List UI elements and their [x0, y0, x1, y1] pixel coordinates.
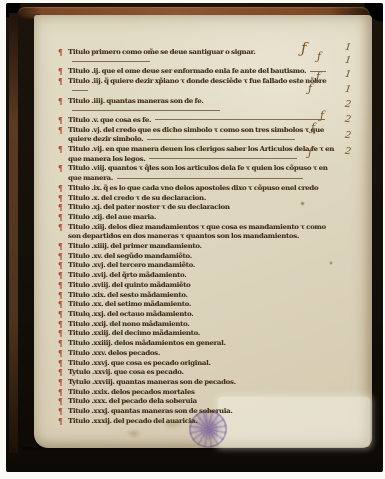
toc-entry: ¶Titulo .xj. del pater noster τ de su de… — [58, 203, 336, 213]
toc-entry: ¶Titulo .xxix. delos pecados mortales — [58, 388, 336, 398]
toc-entry-text: Titulo .xj. del pater noster τ de su dec… — [68, 203, 336, 213]
toc-entry-text: Titulo .iij. q̃ quiere dezir xp̃iano τ d… — [68, 77, 336, 96]
toc-entry-text: Titulo .vij. en que manera deuen los cle… — [68, 145, 336, 164]
toc-entry: ¶Titulo .xviij. del quinto mãdamiẽto — [58, 281, 336, 291]
toc-entry-text: Titulo .xxxij. del pecado del auaricia. — [68, 417, 336, 427]
toc-entry: ¶Titulo .xxxij. del pecado del auaricia. — [58, 417, 336, 427]
leader-line — [149, 156, 297, 159]
toc-entry-text: Titulo .xiij. delos diez mandamientos τ … — [68, 223, 336, 242]
toc-entry-text: Titulo .vj. del credo que es dicho simbo… — [68, 126, 336, 145]
toc-entry: ¶Tytulo .xxvij. que cosa es pecado. — [58, 368, 336, 378]
toc-entry-text: Tytulo .xxviij. quantas maneras son de p… — [68, 378, 336, 388]
toc-entry-text: Titulo .xviij. del quinto mãdamiẽto — [68, 281, 336, 291]
toc-entry: ¶Titulo .v. que cosa es fe. — [58, 116, 336, 126]
toc-entry: ¶Titulo .ix. q̃ es lo que cada vno delos… — [58, 184, 336, 194]
leader-line — [72, 108, 220, 111]
toc-entry-text: Titulo .xiiij. del primer mandamiento. — [68, 242, 336, 252]
leader-line — [72, 88, 88, 91]
toc-entry-text: Titulo .iiij. quantas maneras son de fe. — [68, 97, 336, 116]
toc-entry-text: Titulo primero como om̃e se deue santigu… — [68, 48, 336, 67]
toc-entry: ¶Tytulo .xxviij. quantas maneras son de … — [58, 378, 336, 388]
pilcrow-mark: ¶ — [58, 377, 68, 388]
margin-row-number: 2 — [344, 131, 351, 141]
bottom-page-edges — [22, 447, 372, 459]
pilcrow-mark: ¶ — [58, 416, 68, 427]
toc-list: ¶Titulo primero como om̃e se deue santig… — [58, 48, 336, 426]
toc-entry-text: Tytulo .xxvij. que cosa es pecado. — [68, 368, 336, 378]
toc-entry: ¶Titulo .xv. del segũdo mandamiẽto. — [58, 252, 336, 262]
toc-entry-text: Titulo .xxij. del nono mãdamiento. — [68, 320, 336, 330]
toc-entry: ¶Titulo primero como om̃e se deue santig… — [58, 48, 336, 67]
pilcrow-mark: ¶ — [58, 125, 68, 136]
toc-entry: ¶Titulo .xxx. del pecado dela soberuia — [58, 397, 336, 407]
toc-entry: ¶Titulo .xxiiij. delos mãdamientos en ge… — [58, 339, 336, 349]
margin-row-number: 1 — [344, 85, 351, 95]
toc-entry-text: Titulo .xvij. del q̃rto mãdamiento. — [68, 271, 336, 281]
toc-entry-text: Titulo .xxv. delos pecados. — [68, 349, 336, 359]
toc-entry-text: Titulo .xxiiij. delos mãdamientos en gen… — [68, 339, 336, 349]
toc-entry: ¶Titulo .xvj. del tercero mandamiẽto. — [58, 261, 336, 271]
leader-line — [117, 176, 303, 179]
pilcrow-mark: ¶ — [58, 96, 68, 107]
toc-entry: ¶Titulo .xxij. del nono mãdamiento. — [58, 320, 336, 330]
toc-entry: ¶Titulo .ij. que el ome deue ser enforma… — [58, 67, 336, 77]
toc-entry-text: Titulo .xxj. del octauo mãdamiento. — [68, 310, 336, 320]
margin-row-number: 1 — [344, 43, 351, 53]
margin-row-number: 1 — [344, 56, 351, 66]
margin-row-number: 1 — [344, 70, 351, 80]
scanned-book-photo: ¶Titulo primero como om̃e se deue santig… — [0, 0, 385, 479]
pilcrow-mark: ¶ — [58, 48, 68, 59]
margin-row-number: 2 — [344, 115, 351, 125]
toc-entry: ¶Titulo .x. del credo τ de su declaracio… — [58, 194, 336, 204]
margin-row-number: 2 — [344, 147, 351, 157]
toc-entry-text: Titulo .xxxj. quantas maneras son de sob… — [68, 407, 336, 417]
toc-entry-text: Titulo .ij. que el ome deue ser enformad… — [68, 67, 336, 77]
pilcrow-mark: ¶ — [58, 280, 68, 291]
toc-entry: ¶Titulo .xxvj. que cosa es pecado origin… — [58, 359, 336, 369]
folio-mark: ƒ — [320, 110, 324, 121]
pilcrow-mark: ¶ — [58, 115, 68, 126]
pilcrow-mark: ¶ — [58, 77, 68, 88]
pilcrow-mark: ¶ — [58, 222, 68, 233]
toc-entry: ¶Titulo .viij. quantos τ q̃les son los a… — [58, 164, 336, 183]
toc-entry: ¶Titulo .iiij. quantas maneras son de fe… — [58, 97, 336, 116]
toc-entry-text: Titulo .v. que cosa es fe. — [68, 116, 336, 126]
folio-mark: ƒ — [316, 71, 320, 82]
toc-entry-text: Titulo .xxx. del pecado dela soberuia — [68, 397, 336, 407]
folio-mark: ƒ — [311, 122, 315, 133]
toc-entry: ¶Titulo .xxj. del octauo mãdamiento. — [58, 310, 336, 320]
folio-mark: ƒ — [308, 147, 312, 158]
toc-entry: ¶Titulo .xij. del aue maria. — [58, 213, 336, 223]
toc-entry: ¶Titulo .xvij. del q̃rto mãdamiento. — [58, 271, 336, 281]
leader-line — [147, 137, 295, 140]
pilcrow-mark: ¶ — [58, 348, 68, 359]
toc-entry: ¶Titulo .xix. del sesto mãdamiento. — [58, 291, 336, 301]
folio-mark: ƒ — [308, 83, 312, 94]
toc-entry: ¶Titulo .xxv. delos pecados. — [58, 349, 336, 359]
toc-entry-text: Titulo .xvj. del tercero mandamiẽto. — [68, 261, 336, 271]
folio-mark: ƒ — [317, 51, 321, 62]
toc-entry: ¶Titulo .xxxj. quantas maneras son de so… — [58, 407, 336, 417]
leader-line — [72, 59, 150, 62]
toc-entry-text: Titulo .xxvj. que cosa es pecado origina… — [68, 359, 336, 369]
leader-line — [155, 117, 325, 120]
pilcrow-mark: ¶ — [58, 183, 68, 194]
toc-entry: ¶Titulo .xxiij. del decimo mãdamiento. — [58, 329, 336, 339]
toc-entry: ¶Titulo .xiiij. del primer mandamiento. — [58, 242, 336, 252]
foxing-spot — [126, 429, 142, 438]
toc-entry: ¶Titulo .xiij. delos diez mandamientos τ… — [58, 223, 336, 242]
page: ¶Titulo primero como om̃e se deue santig… — [34, 15, 372, 448]
toc-entry: ¶Titulo .xx. del setimo mãdamiento. — [58, 300, 336, 310]
toc-entry-text: Titulo .viij. quantos τ q̃les son los ar… — [68, 164, 336, 183]
toc-entry: ¶Titulo .iij. q̃ quiere dezir xp̃iano τ … — [58, 77, 336, 96]
toc-entry: ¶Titulo .vj. del credo que es dicho simb… — [58, 126, 336, 145]
toc-entry-text: Titulo .xix. del sesto mãdamiento. — [68, 291, 336, 301]
toc-entry-text: Titulo .x. del credo τ de su declaracion… — [68, 194, 336, 204]
margin-row-number: 2 — [344, 100, 351, 110]
toc-entry-text: Titulo .xx. del setimo mãdamiento. — [68, 300, 336, 310]
toc-entry: ¶Titulo .vij. en que manera deuen los cl… — [58, 145, 336, 164]
pilcrow-mark: ¶ — [58, 145, 68, 156]
folio-mark: ƒ — [301, 41, 307, 56]
toc-entry-text: Titulo .xv. del segũdo mandamiẽto. — [68, 252, 336, 262]
toc-entry-text: Titulo .xxix. delos pecados mortales — [68, 388, 336, 398]
toc-entry-text: Titulo .xij. del aue maria. — [68, 213, 336, 223]
toc-entry-text: Titulo .xxiij. del decimo mãdamiento. — [68, 329, 336, 339]
toc-entry-text: Titulo .ix. q̃ es lo que cada vno delos … — [68, 184, 336, 194]
pilcrow-mark: ¶ — [58, 164, 68, 175]
